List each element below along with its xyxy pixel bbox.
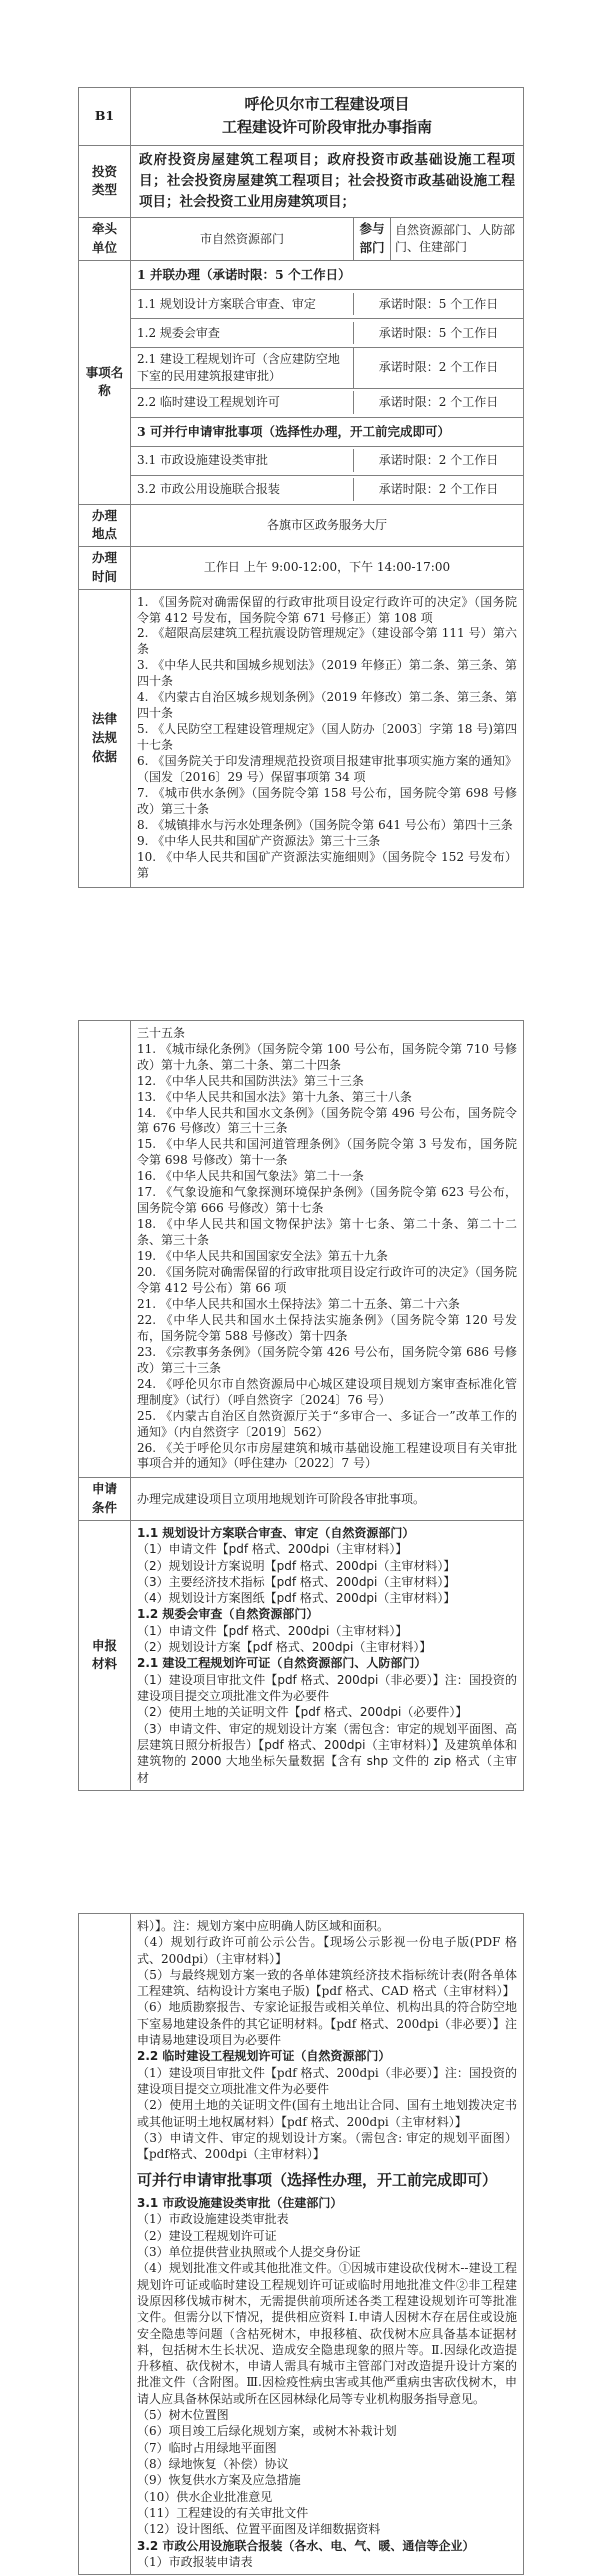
material-item: 1.2 规委会审查（自然资源部门） (137, 1606, 517, 1622)
participating-depts-value: 自然资源部门、人防部门、住建部门 (391, 218, 524, 261)
page-title: 呼伦贝尔市工程建设项目 工程建设许可阶段审批办事指南 (131, 88, 524, 146)
matter-row: 2.1 建设工程规划许可（含应建防空地下室的民用建筑报建审批） 承诺时限：2 个… (131, 347, 523, 388)
matter-time-limit: 承诺时限：2 个工作日 (354, 391, 523, 414)
legal-item: 三十五条 (137, 1026, 517, 1042)
matters-list: 1 并联办理（承诺时限：5 个工作日） 1.1 规划设计方案联合审查、审定 承诺… (131, 260, 524, 504)
material-item: （3）申请文件、审定的规划设计方案。（需包含: 审定的规划平面图）【pdf格式、… (137, 2130, 517, 2163)
material-item: 2.2 临时建设工程规划许可证（自然资源部门） (137, 2048, 517, 2064)
legal-item: 15. 《中华人民共和国河道管理条例》（国务院令第 3 号发布，国务院令第 69… (137, 1137, 517, 1169)
material-item: （1）市政设施建设类审批表 (137, 2211, 517, 2227)
legal-item: 11. 《城市绿化条例》（国务院令第 100 号公布，国务院令第 710 号修改… (137, 1042, 517, 1074)
legal-item: 2. 《超限高层建筑工程抗震设防管理规定》（建设部令第 111 号）第六条 (137, 626, 517, 658)
material-item: （4）规划行政许可前公示公告。【现场公示影视一份电子版(PDF 格式、200dp… (137, 1934, 517, 1967)
matter-name: 2.2 临时建设工程规划许可 (131, 391, 354, 414)
matter-time-limit: 承诺时限：5 个工作日 (354, 322, 523, 345)
page-break-2 (78, 1791, 524, 1913)
conditions-value: 办理完成建设项目立项用地规划许可阶段各审批事项。 (131, 1478, 524, 1521)
material-item: （4）规划批准文件或其他批准文件。①因城市建设砍伐树木--建设工程规划许可证或临… (137, 2260, 517, 2407)
materials-row: 申报 材料 1.1 规划设计方案联合审查、审定（自然资源部门） （1）申请文件【… (79, 1520, 524, 1790)
material-item: 可并行申请审批事项（选择性办理，开工前完成即可） (137, 2163, 517, 2195)
material-item: （2）规划设计方案【pdf 格式、200dpi（主审材料）】 (137, 1639, 517, 1655)
hours-row: 办理 时间 工作日 上午 9:00-12:00，下午 14:00-17:00 (79, 547, 524, 590)
material-item: 1.1 规划设计方案联合审查、审定（自然资源部门） (137, 1525, 517, 1541)
matter-name: 1 并联办理（承诺时限：5 个工作日） (131, 263, 523, 287)
material-item: （2）使用土地的关证明文件(国有土地出让合同、国有土地划拨决定书或其他证明土地权… (137, 2097, 517, 2130)
legal-item: 13. 《中华人民共和国水法》第十九条、第三十八条 (137, 1090, 517, 1106)
title-row: B1 呼伦贝尔市工程建设项目 工程建设许可阶段审批办事指南 (79, 88, 524, 146)
guide-table-page3: 料）】。注：规划方案中应明确人防区域和面积。 （4）规划行政许可前公示公告。【现… (78, 1913, 524, 2575)
hours-label: 办理 时间 (79, 547, 131, 590)
material-item: （3）单位提供营业执照或个人提交身份证 (137, 2244, 517, 2260)
material-item: （1）市政报装申请表 (137, 2554, 517, 2570)
material-item: （2）使用土地的关证明文件【pdf 格式、200dpi（必要件）】 (137, 1704, 517, 1720)
hours-value: 工作日 上午 9:00-12:00，下午 14:00-17:00 (131, 547, 524, 590)
matter-row: 3.1 市政设施建设类审批 承诺时限：2 个工作日 (131, 446, 523, 475)
material-item: （5）树木位置图 (137, 2407, 517, 2423)
matter-row: 1.1 规划设计方案联合审查、审定 承诺时限：5 个工作日 (131, 289, 523, 318)
legal-item: 4. 《内蒙古自治区城乡规划条例》（2019 年修改）第二条、第三条、第四十条 (137, 690, 517, 722)
material-item: （4）规划设计方案图纸【pdf 格式、200dpi（主审材料）】 (137, 1590, 517, 1606)
material-item: （6）地质勘察报告、专家论证报告或相关单位、机构出具的符合防空地下室易地建设条件… (137, 1999, 517, 2048)
lead-unit-label: 牵头 单位 (79, 218, 131, 261)
units-row: 牵头 单位 市自然资源部门 参与 部门 自然资源部门、人防部门、住建部门 (79, 218, 524, 261)
material-item: （1）申请文件【pdf 格式、200dpi（主审材料）】 (137, 1623, 517, 1639)
matters-row: 事项名 称 1 并联办理（承诺时限：5 个工作日） 1.1 规划设计方案联合审查… (79, 260, 524, 504)
matter-row: 1 并联办理（承诺时限：5 个工作日） (131, 261, 523, 289)
conditions-row: 申请 条件 办理完成建设项目立项用地规划许可阶段各审批事项。 (79, 1478, 524, 1521)
matter-name: 3 可并行申请审批事项（选择性办理，开工前完成即可） (131, 420, 523, 444)
material-item: （1）建设项目审批文件【pdf 格式、200dpi（非必要）】注：国投资的建设项… (137, 2065, 517, 2098)
legal-item: 20. 《国务院对确需保留的行政审批项目设定行政许可的决定》（国务院令第 412… (137, 1265, 517, 1297)
investment-type-label: 投资 类型 (79, 145, 131, 218)
material-item: （1）建设项目审批文件【pdf 格式、200dpi（非必要）】注：国投资的建设项… (137, 1672, 517, 1705)
legal-basis-label: 法律 法规 依据 (79, 589, 131, 887)
material-item: （2）规划设计方案说明【pdf 格式、200dpi（主审材料）】 (137, 1558, 517, 1574)
material-item: （6）项目竣工后绿化规划方案，或树木补栽计划 (137, 2423, 517, 2439)
matter-row: 3 可并行申请审批事项（选择性办理，开工前完成即可） (131, 417, 523, 446)
legal-basis-continuation-row: 三十五条 11. 《城市绿化条例》（国务院令第 100 号公布，国务院令第 71… (79, 1020, 524, 1478)
legal-item: 17. 《气象设施和气象探测环境保护条例》（国务院令第 623 号公布，国务院令… (137, 1185, 517, 1217)
page-break-1 (78, 888, 524, 1020)
materials-continuation-row: 料）】。注：规划方案中应明确人防区域和面积。 （4）规划行政许可前公示公告。【现… (79, 1913, 524, 2574)
legal-item: 16. 《中华人民共和国气象法》第二十一条 (137, 1169, 517, 1185)
guide-document: B1 呼伦贝尔市工程建设项目 工程建设许可阶段审批办事指南 投资 类型 政府投资… (78, 87, 524, 2575)
matter-name: 1.2 规委会审查 (131, 322, 354, 345)
legal-basis-list-page1: 1. 《国务院对确需保留的行政审批项目设定行政许可的决定》（国务院令第 412 … (131, 589, 524, 887)
legal-item: 12. 《中华人民共和国防洪法》第三十三条 (137, 1074, 517, 1090)
doc-code: B1 (79, 88, 131, 146)
legal-item: 3. 《中华人民共和国城乡规划法》（2019 年修正）第二条、第三条、第四十条 (137, 658, 517, 690)
legal-item: 7. 《城市供水条例》（国务院令第 158 号公布，国务院令第 698 号修改）… (137, 786, 517, 818)
legal-item: 14. 《中华人民共和国水文条例》（国务院令第 496 号公布，国务院令第 67… (137, 1106, 517, 1138)
lead-unit-value: 市自然资源部门 (131, 218, 354, 261)
legal-item: 24. 《呼伦贝尔市自然资源局中心城区建设项目规划方案审查标准化管理制度》（试行… (137, 1377, 517, 1409)
material-item: （9）恢复供水方案及应急措施 (137, 2472, 517, 2488)
material-item: 2.1 建设工程规划许可证（自然资源部门、人防部门） (137, 1655, 517, 1671)
guide-table-page2: 三十五条 11. 《城市绿化条例》（国务院令第 100 号公布，国务院令第 71… (78, 1020, 524, 1791)
legal-item: 18. 《中华人民共和国文物保护法》第十七条、第二十条、第二十二条、第三十条 (137, 1217, 517, 1249)
materials-label: 申报 材料 (79, 1520, 131, 1790)
matter-time-limit: 承诺时限：2 个工作日 (354, 449, 523, 472)
empty-label-cell (79, 1913, 131, 2574)
legal-item: 25. 《内蒙古自治区自然资源厅关于“多审合一、多证合一”改革工作的通知》（内自… (137, 1409, 517, 1441)
matter-row: 2.2 临时建设工程规划许可 承诺时限：2 个工作日 (131, 388, 523, 417)
materials-list-page2: 1.1 规划设计方案联合审查、审定（自然资源部门） （1）申请文件【pdf 格式… (131, 1520, 524, 1790)
legal-item: 9. 《中华人民共和国矿产资源法》第三十三条 (137, 834, 517, 850)
location-label: 办理 地点 (79, 504, 131, 547)
legal-item: 22. 《中华人民共和国水土保持法实施条例》（国务院令第 120 号发布，国务院… (137, 1313, 517, 1345)
material-item: （11）工程建设的有关审批文件 (137, 2505, 517, 2521)
matter-name: 1.1 规划设计方案联合审查、审定 (131, 293, 354, 316)
matter-time-limit: 承诺时限：5 个工作日 (354, 293, 523, 316)
conditions-label: 申请 条件 (79, 1478, 131, 1521)
material-item: （3）主要经济技术指标【pdf 格式、200dpi（主审材料）】 (137, 1574, 517, 1590)
materials-list-page3: 料）】。注：规划方案中应明确人防区域和面积。 （4）规划行政许可前公示公告。【现… (131, 1913, 524, 2574)
material-item: （5）与最终规划方案一致的各单体建筑经济技术指标统计表(附各单体工程建筑、结构设… (137, 1967, 517, 2000)
location-value: 各旗市区政务服务大厅 (131, 504, 524, 547)
legal-item: 21. 《中华人民共和国水土保持法》第二十五条、第二十六条 (137, 1297, 517, 1313)
matter-row: 3.2 市政公用设施联合报装 承诺时限：2 个工作日 (131, 475, 523, 504)
legal-item: 5. 《人民防空工程建设管理规定》（国人防办〔2003〕字第 18 号)第四十七… (137, 722, 517, 754)
material-item: （8）绿地恢复（补偿）协议 (137, 2456, 517, 2472)
material-item: （3）申请文件、审定的规划设计方案（需包含：审定的规划平面图、高层建筑日照分析报… (137, 1721, 517, 1786)
matter-time-limit: 承诺时限：2 个工作日 (354, 356, 523, 379)
legal-basis-row: 法律 法规 依据 1. 《国务院对确需保留的行政审批项目设定行政许可的决定》（国… (79, 589, 524, 887)
legal-item: 1. 《国务院对确需保留的行政审批项目设定行政许可的决定》（国务院令第 412 … (137, 595, 517, 627)
location-row: 办理 地点 各旗市区政务服务大厅 (79, 504, 524, 547)
top-margin (0, 0, 600, 87)
legal-item: 26. 《关于呼伦贝尔市房屋建筑和城市基础设施工程建设项目有关审批事项合并的通知… (137, 1441, 517, 1473)
participating-depts-label: 参与 部门 (354, 218, 391, 261)
material-item: 3.1 市政设施建设类审批（住建部门） (137, 2195, 517, 2211)
material-item: （10）供水企业批准意见 (137, 2489, 517, 2505)
investment-type-row: 投资 类型 政府投资房屋建筑工程项目；政府投资市政基础设施工程项目；社会投资房屋… (79, 145, 524, 218)
matter-time-limit: 承诺时限：2 个工作日 (354, 478, 523, 501)
material-item: （1）申请文件【pdf 格式、200dpi（主审材料）】 (137, 1541, 517, 1557)
matter-name: 3.1 市政设施建设类审批 (131, 449, 354, 472)
legal-item: 8. 《城镇排水与污水处理条例》（国务院令第 641 号公布）第四十三条 (137, 818, 517, 834)
material-item: 料）】。注：规划方案中应明确人防区域和面积。 (137, 1918, 517, 1934)
investment-type-value: 政府投资房屋建筑工程项目；政府投资市政基础设施工程项目；社会投资房屋建筑工程项目… (131, 145, 524, 218)
guide-table-page1: B1 呼伦贝尔市工程建设项目 工程建设许可阶段审批办事指南 投资 类型 政府投资… (78, 87, 524, 888)
legal-item: 6. 《国务院关于印发清理规范投资项目报建审批事项实施方案的通知》（国发〔201… (137, 754, 517, 786)
material-item: （7）临时占用绿地平面图 (137, 2440, 517, 2456)
material-item: （12）设计图纸、位置平面图及详细数据资料 (137, 2521, 517, 2537)
empty-label-cell (79, 1020, 131, 1478)
matter-name: 3.2 市政公用设施联合报装 (131, 478, 354, 501)
matter-row: 1.2 规委会审查 承诺时限：5 个工作日 (131, 318, 523, 347)
legal-basis-list-page2: 三十五条 11. 《城市绿化条例》（国务院令第 100 号公布，国务院令第 71… (131, 1020, 524, 1478)
matters-label: 事项名 称 (79, 260, 131, 504)
legal-item: 19. 《中华人民共和国国家安全法》第五十九条 (137, 1249, 517, 1265)
legal-item: 10. 《中华人民共和国矿产资源法实施细则》（国务院令 152 号发布）第 (137, 850, 517, 882)
legal-item: 23. 《宗教事务条例》（国务院令第 426 号公布，国务院令第 686 号修改… (137, 1345, 517, 1377)
matter-name: 2.1 建设工程规划许可（含应建防空地下室的民用建筑报建审批） (131, 348, 354, 388)
material-item: （2）建设工程规划许可证 (137, 2228, 517, 2244)
